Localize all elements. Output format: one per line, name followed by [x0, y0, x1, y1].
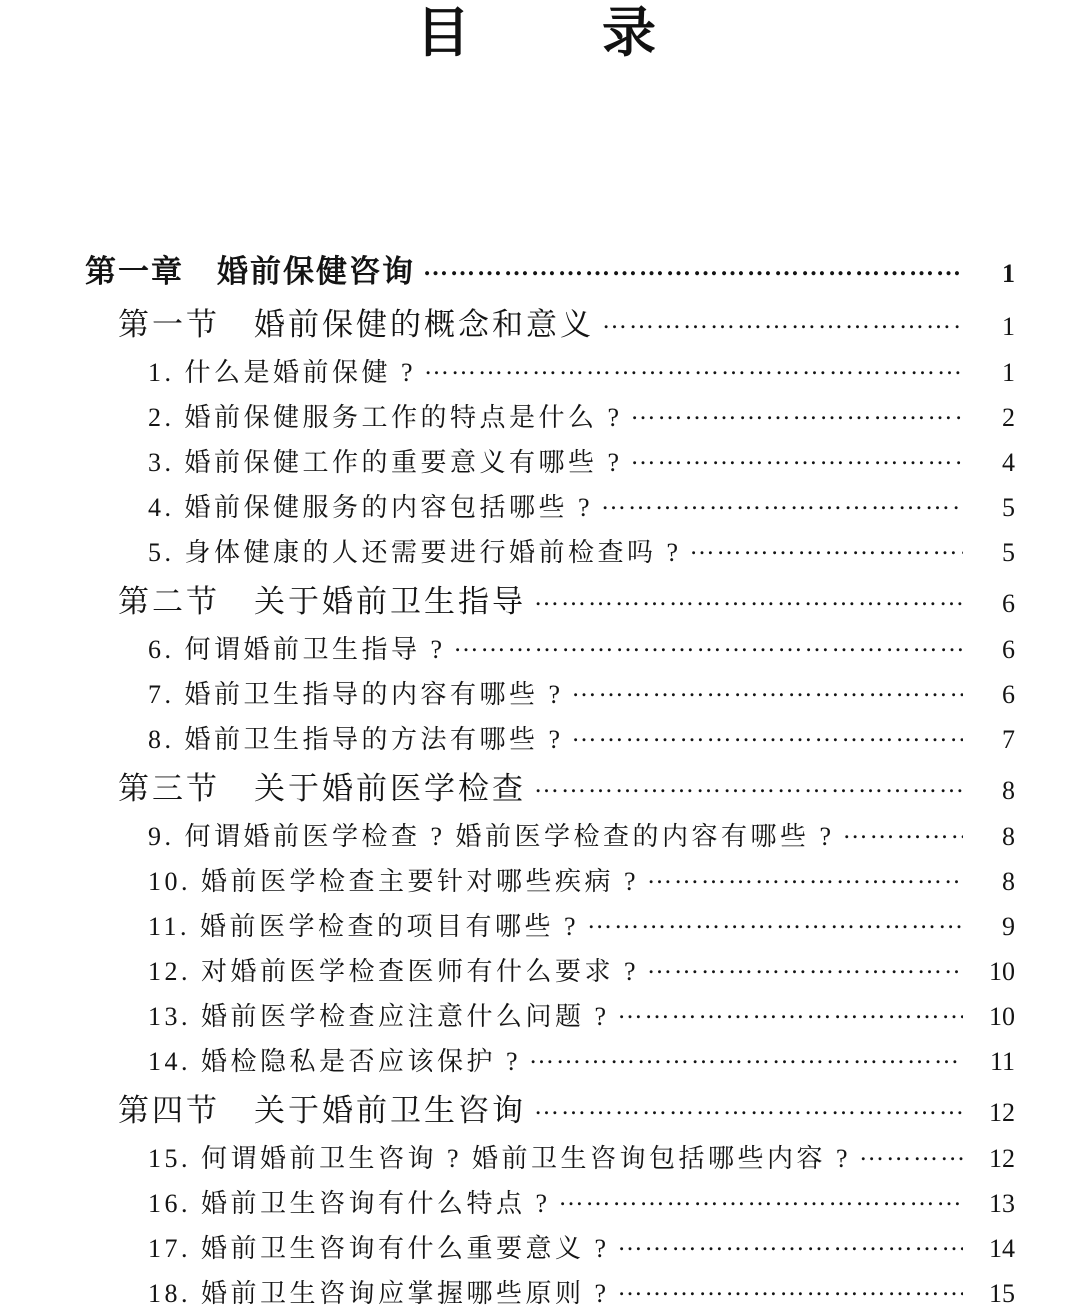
entry-page: 2 — [977, 395, 1015, 440]
entry-title: 18. 婚前卫生咨询应掌握哪些原则 ? — [148, 1271, 610, 1316]
toc-entry: 11. 婚前医学检查的项目有哪些 ? 9 — [85, 904, 1015, 949]
dot-leader — [631, 441, 963, 486]
entry-page: 10 — [977, 994, 1015, 1039]
entry-page: 6 — [977, 627, 1015, 672]
entry-title: 12. 对婚前医学检查医师有什么要求 ? — [148, 949, 639, 994]
entry-title: 第二节 关于婚前卫生指导 — [118, 577, 526, 627]
toc-list: 第一章 婚前保健咨询 1 第一节 婚前保健的概念和意义 1 1. 什么是婚前保健… — [85, 246, 1015, 1316]
entry-title: 13. 婚前医学检查应注意什么问题 ? — [148, 994, 610, 1039]
dot-leader — [859, 1137, 963, 1182]
toc-entry: 10. 婚前医学检查主要针对哪些疾病 ? 8 — [85, 859, 1015, 904]
entry-page: 7 — [977, 717, 1015, 762]
toc-entry: 2. 婚前保健服务工作的特点是什么 ? 2 — [85, 395, 1015, 440]
dot-leader — [647, 950, 963, 995]
toc-entry: 13. 婚前医学检查应注意什么问题 ? 10 — [85, 994, 1015, 1039]
entry-page: 14 — [977, 1226, 1015, 1271]
entry-title: 10. 婚前医学检查主要针对哪些疾病 ? — [148, 859, 639, 904]
dot-leader — [423, 249, 963, 301]
toc-entry: 14. 婚检隐私是否应该保护 ? 11 — [85, 1039, 1015, 1084]
entry-page: 8 — [977, 814, 1015, 859]
toc-entry: 3. 婚前保健工作的重要意义有哪些 ? 4 — [85, 440, 1015, 485]
entry-title: 第一节 婚前保健的概念和意义 — [118, 300, 594, 350]
toc-entry: 8. 婚前卫生指导的方法有哪些 ? 7 — [85, 717, 1015, 762]
entry-page: 10 — [977, 949, 1015, 994]
entry-page: 15 — [977, 1271, 1015, 1316]
toc-entry: 第三节 关于婚前医学检查 8 — [85, 764, 1015, 814]
dot-leader — [647, 860, 963, 905]
dot-leader — [601, 486, 963, 531]
entry-page: 1 — [977, 302, 1015, 352]
dot-leader — [534, 1089, 963, 1139]
toc-entry: 第四节 关于婚前卫生咨询 12 — [85, 1086, 1015, 1136]
entry-page: 8 — [977, 766, 1015, 816]
entry-title: 15. 何谓婚前卫生咨询 ? 婚前卫生咨询包括哪些内容 ? — [148, 1136, 851, 1181]
dot-leader — [843, 815, 963, 860]
toc-entry: 7. 婚前卫生指导的内容有哪些 ? 6 — [85, 672, 1015, 717]
entry-title: 4. 婚前保健服务的内容包括哪些 ? — [148, 485, 593, 530]
dot-leader — [618, 1227, 963, 1272]
entry-page: 11 — [977, 1039, 1015, 1084]
toc-entry: 15. 何谓婚前卫生咨询 ? 婚前卫生咨询包括哪些内容 ? 12 — [85, 1136, 1015, 1181]
dot-leader — [631, 396, 963, 441]
entry-title: 16. 婚前卫生咨询有什么特点 ? — [148, 1181, 551, 1226]
dot-leader — [572, 718, 963, 763]
toc-entry: 1. 什么是婚前保健 ? 1 — [85, 350, 1015, 395]
entry-page: 9 — [977, 904, 1015, 949]
entry-title: 17. 婚前卫生咨询有什么重要意义 ? — [148, 1226, 610, 1271]
toc-entry: 第二节 关于婚前卫生指导 6 — [85, 577, 1015, 627]
dot-leader — [618, 1272, 963, 1316]
entry-title: 8. 婚前卫生指导的方法有哪些 ? — [148, 717, 564, 762]
toc-entry: 5. 身体健康的人还需要进行婚前检查吗 ? 5 — [85, 530, 1015, 575]
entry-page: 1 — [977, 248, 1015, 300]
dot-leader — [534, 767, 963, 817]
entry-page: 13 — [977, 1181, 1015, 1226]
dot-leader — [424, 351, 963, 396]
toc-entry: 12. 对婚前医学检查医师有什么要求 ? 10 — [85, 949, 1015, 994]
dot-leader — [534, 580, 963, 630]
entry-title: 第一章 婚前保健咨询 — [85, 246, 415, 298]
entry-page: 12 — [977, 1136, 1015, 1181]
entry-title: 2. 婚前保健服务工作的特点是什么 ? — [148, 395, 623, 440]
entry-title: 7. 婚前卫生指导的内容有哪些 ? — [148, 672, 564, 717]
toc-entry: 17. 婚前卫生咨询有什么重要意义 ? 14 — [85, 1226, 1015, 1271]
toc-entry: 16. 婚前卫生咨询有什么特点 ? 13 — [85, 1181, 1015, 1226]
document-page: { "page": { "title": "目 录" }, "colors": … — [0, 0, 1080, 1316]
toc-entry: 4. 婚前保健服务的内容包括哪些 ? 5 — [85, 485, 1015, 530]
entry-title: 6. 何谓婚前卫生指导 ? — [148, 627, 446, 672]
entry-page: 12 — [977, 1088, 1015, 1138]
dot-leader — [572, 673, 963, 718]
toc-entry: 9. 何谓婚前医学检查 ? 婚前医学检查的内容有哪些 ? 8 — [85, 814, 1015, 859]
toc-entry: 第一节 婚前保健的概念和意义 1 — [85, 300, 1015, 350]
dot-leader — [690, 531, 963, 576]
entry-title: 3. 婚前保健工作的重要意义有哪些 ? — [148, 440, 623, 485]
entry-page: 6 — [977, 579, 1015, 629]
entry-title: 11. 婚前医学检查的项目有哪些 ? — [148, 904, 579, 949]
page-title: 目 录 — [0, 0, 1080, 66]
dot-leader — [618, 995, 963, 1040]
dot-leader — [454, 628, 963, 673]
entry-title: 9. 何谓婚前医学检查 ? 婚前医学检查的内容有哪些 ? — [148, 814, 835, 859]
entry-page: 4 — [977, 440, 1015, 485]
entry-title: 1. 什么是婚前保健 ? — [148, 350, 416, 395]
toc-entry: 6. 何谓婚前卫生指导 ? 6 — [85, 627, 1015, 672]
dot-leader — [587, 905, 963, 950]
entry-page: 8 — [977, 859, 1015, 904]
dot-leader — [602, 303, 963, 353]
toc-entry: 第一章 婚前保健咨询 1 — [85, 246, 1015, 298]
toc-entry: 18. 婚前卫生咨询应掌握哪些原则 ? 15 — [85, 1271, 1015, 1316]
entry-page: 5 — [977, 485, 1015, 530]
entry-title: 5. 身体健康的人还需要进行婚前检查吗 ? — [148, 530, 682, 575]
entry-page: 5 — [977, 530, 1015, 575]
entry-title: 第四节 关于婚前卫生咨询 — [118, 1086, 526, 1136]
entry-page: 6 — [977, 672, 1015, 717]
dot-leader — [529, 1040, 963, 1085]
entry-title: 第三节 关于婚前医学检查 — [118, 764, 526, 814]
entry-title: 14. 婚检隐私是否应该保护 ? — [148, 1039, 521, 1084]
dot-leader — [559, 1182, 963, 1227]
entry-page: 1 — [977, 350, 1015, 395]
